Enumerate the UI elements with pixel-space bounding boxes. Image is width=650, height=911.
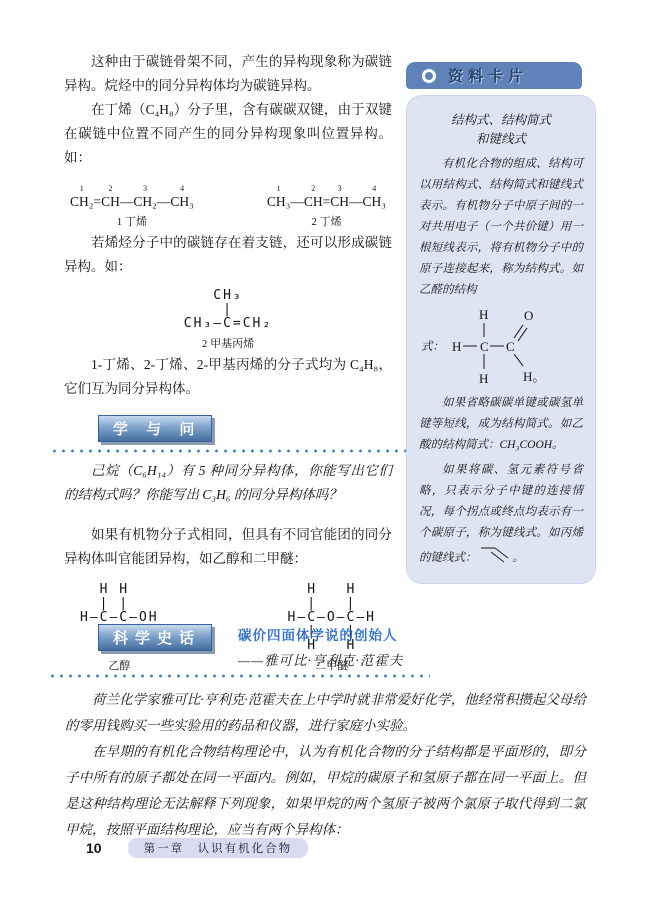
acetaldehyde-formula: 式： H C H H C O H。 bbox=[421, 303, 583, 389]
butene-1-formula: 1CH₂ =2CH —3CH₂ —4CH₃ 1 丁烯 bbox=[70, 178, 194, 229]
data-card-sidebar: 资料卡片 结构式、结构简式 和键线式 有机化合物的组成、结构可以用结构式、结构简… bbox=[406, 62, 598, 584]
svg-text:H: H bbox=[479, 307, 488, 322]
butene-formula-row: 1CH₂ =2CH —3CH₂ —4CH₃ 1 丁烯 1CH₃ —2CH =3C… bbox=[64, 178, 392, 229]
science-history-body: 荷兰化学家雅可比·亨利克·范霍夫在上中学时就非常爱好化学，他经常积攒起父母给的零… bbox=[48, 687, 598, 843]
data-card-title: 资料卡片 bbox=[448, 65, 528, 86]
paragraph-position-isomerism: 在丁烯（C₄H₈）分子里，含有碳碳双键，由于双键在碳链中位置不同产生的同分异构现… bbox=[64, 98, 392, 170]
card-heading-line2: 和键线式 bbox=[419, 129, 583, 150]
formula-prefix: 式： bbox=[421, 338, 444, 354]
history-paragraph-biography: 荷兰化学家雅可比·亨利克·范霍夫在上中学时就非常爱好化学，他经常积攒起父母给的零… bbox=[65, 687, 586, 739]
learning-question-header: 学 与 问 bbox=[98, 415, 392, 442]
learning-question-text: 己烷（C₆H₁₄）有 5 种同分异构体，你能写出它们的结构式吗？你能写出 C₃H… bbox=[64, 459, 392, 507]
data-card-body: 结构式、结构简式 和键线式 有机化合物的组成、结构可以用结构式、结构简式和键线式… bbox=[406, 95, 596, 584]
textbook-page: 这种由于碳链骨架不同，产生的异构现象称为碳链异构。烷烃中的同分异构体均为碳链异构… bbox=[0, 0, 650, 911]
butene-2-label: 2 丁烯 bbox=[267, 213, 386, 229]
butene-2-chain: 1CH₃ —2CH =3CH —4CH₃ bbox=[267, 184, 386, 210]
paragraph-branched-chain: 若烯烃分子中的碳链存在着支链，还可以形成碳链异构。如： bbox=[64, 231, 392, 279]
svg-text:H: H bbox=[479, 371, 488, 386]
isobutylene-formula: CH₃ | CH₃—C=CH₂ 2 甲基丙烯 bbox=[64, 289, 392, 351]
svg-text:C: C bbox=[480, 339, 489, 354]
dotted-divider bbox=[50, 449, 422, 453]
science-history-header: 科学史话 碳价四面体学说的创始人 ——雅可比·亨利克·范霍夫 bbox=[48, 624, 598, 669]
isobutylene-structure: CH₃ | CH₃—C=CH₂ bbox=[184, 289, 272, 331]
butene-1-label: 1 丁烯 bbox=[70, 213, 194, 229]
svg-text:C: C bbox=[506, 339, 515, 354]
card-paragraph-skeletal-formula: 如果将碳、氢元素符号省略，只表示分子中键的连接情况，每个拐点或终点均表示有一个碳… bbox=[419, 460, 583, 569]
history-subtitle: ——雅可比·亨利克·范霍夫 bbox=[238, 649, 403, 669]
chapter-title-pill: 第一章 认识有机化合物 bbox=[128, 838, 309, 858]
paragraph-functional-group-isomerism: 如果有机物分子式相同，但具有不同官能团的同分异构体叫官能团异构，如乙醇和二甲醚： bbox=[64, 523, 392, 571]
science-history-badge: 科学史话 bbox=[98, 624, 212, 651]
paragraph-carbon-chain-isomerism: 这种由于碳链骨架不同，产生的异构现象称为碳链异构。烷烃中的同分异构体均为碳链异构… bbox=[64, 50, 392, 98]
butene-2-formula: 1CH₃ —2CH =3CH —4CH₃ 2 丁烯 bbox=[267, 178, 386, 229]
svg-text:H: H bbox=[452, 339, 461, 354]
history-paragraph-planar-theory: 在早期的有机化合物结构理论中，认为有机化合物的分子结构都是平面形的，即分子中所有… bbox=[65, 739, 586, 843]
acetaldehyde-structure-diagram: H C H H C O H。 bbox=[448, 303, 548, 389]
card-heading-line1: 结构式、结构简式 bbox=[419, 110, 583, 131]
butene-1-chain: 1CH₂ =2CH —3CH₂ —4CH₃ bbox=[70, 184, 194, 210]
page-number: 10 bbox=[86, 840, 102, 856]
learning-question-badge: 学 与 问 bbox=[98, 415, 212, 442]
card-paragraph-structural-formula: 有机化合物的组成、结构可以用结构式、结构简式和键线式表示。有机物分子中原子间的一… bbox=[419, 154, 583, 301]
propene-skeletal-formula-icon bbox=[477, 544, 513, 564]
history-title: 碳价四面体学说的创始人 bbox=[238, 624, 403, 644]
dotted-divider bbox=[48, 674, 430, 678]
svg-text:H。: H。 bbox=[523, 369, 545, 384]
science-history-titles: 碳价四面体学说的创始人 ——雅可比·亨利克·范霍夫 bbox=[238, 624, 403, 669]
isobutylene-label: 2 甲基丙烯 bbox=[64, 335, 392, 351]
data-card-header: 资料卡片 bbox=[406, 62, 582, 89]
card-paragraph-condensed-formula: 如果省略碳碳单键或碳氢单键等短线，成为结构简式。如乙酸的结构简式：CH₃COOH… bbox=[419, 393, 583, 456]
page-footer: 10 第一章 认识有机化合物 bbox=[86, 838, 308, 858]
science-history-section: 科学史话 碳价四面体学说的创始人 ——雅可比·亨利克·范霍夫 荷兰化学家雅可比·… bbox=[48, 624, 598, 843]
paragraph-isomer-summary: 1-丁烯、2-丁烯、2-甲基丙烯的分子式均为 C₄H₈，它们互为同分异构体。 bbox=[64, 353, 392, 401]
svg-text:O: O bbox=[524, 308, 533, 323]
bullet-circle-icon bbox=[422, 69, 436, 83]
main-column: 这种由于碳链骨架不同，产生的异构现象称为碳链异构。烷烃中的同分异构体均为碳链异构… bbox=[64, 50, 392, 673]
